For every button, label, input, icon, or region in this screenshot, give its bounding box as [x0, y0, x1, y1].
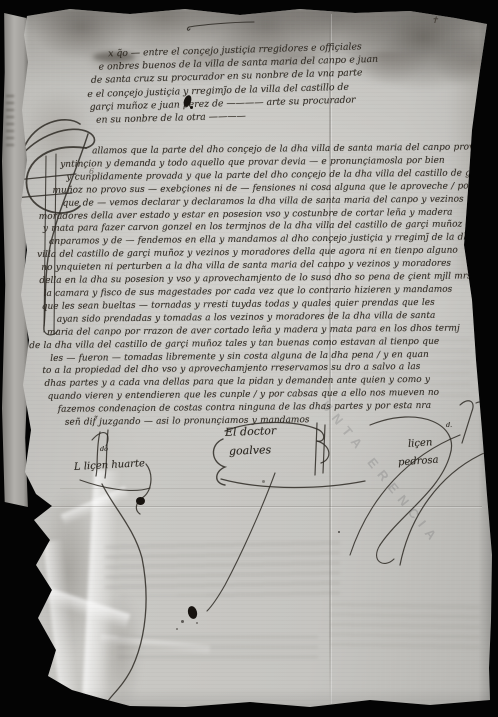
ink-speck	[196, 622, 198, 624]
ink-speck	[181, 620, 184, 623]
body-paragraph: allamos que la parte del dho conçejo de …	[36, 141, 487, 430]
manuscript-page: ✝ 6 x q̃o — entre el conçejo justiçia rr…	[0, 0, 498, 717]
invocation-cross-icon: ✝	[431, 16, 439, 26]
adjacent-page-faint-writing	[6, 91, 14, 151]
signature-center-line1: El doctor	[225, 424, 277, 439]
ink-speck	[176, 628, 178, 630]
ink-speck	[338, 531, 340, 533]
ink-blot	[136, 497, 145, 505]
photo-backdrop: ✝ 6 x q̃o — entre el conçejo justiçia rr…	[0, 0, 498, 717]
ink-blot	[190, 106, 193, 109]
signature-right-flourish	[340, 395, 498, 580]
signature-center-line2: goalves	[229, 443, 272, 457]
ink-speck	[262, 480, 265, 483]
pen-dash-mark	[186, 18, 258, 34]
signature-right-superscript: d.	[446, 421, 452, 429]
header-paragraph: x q̃o — entre el conçejo justiçia rregid…	[86, 39, 418, 127]
signature-right-line1: liçen	[408, 437, 433, 450]
signature-left-superscript: do	[100, 445, 108, 453]
